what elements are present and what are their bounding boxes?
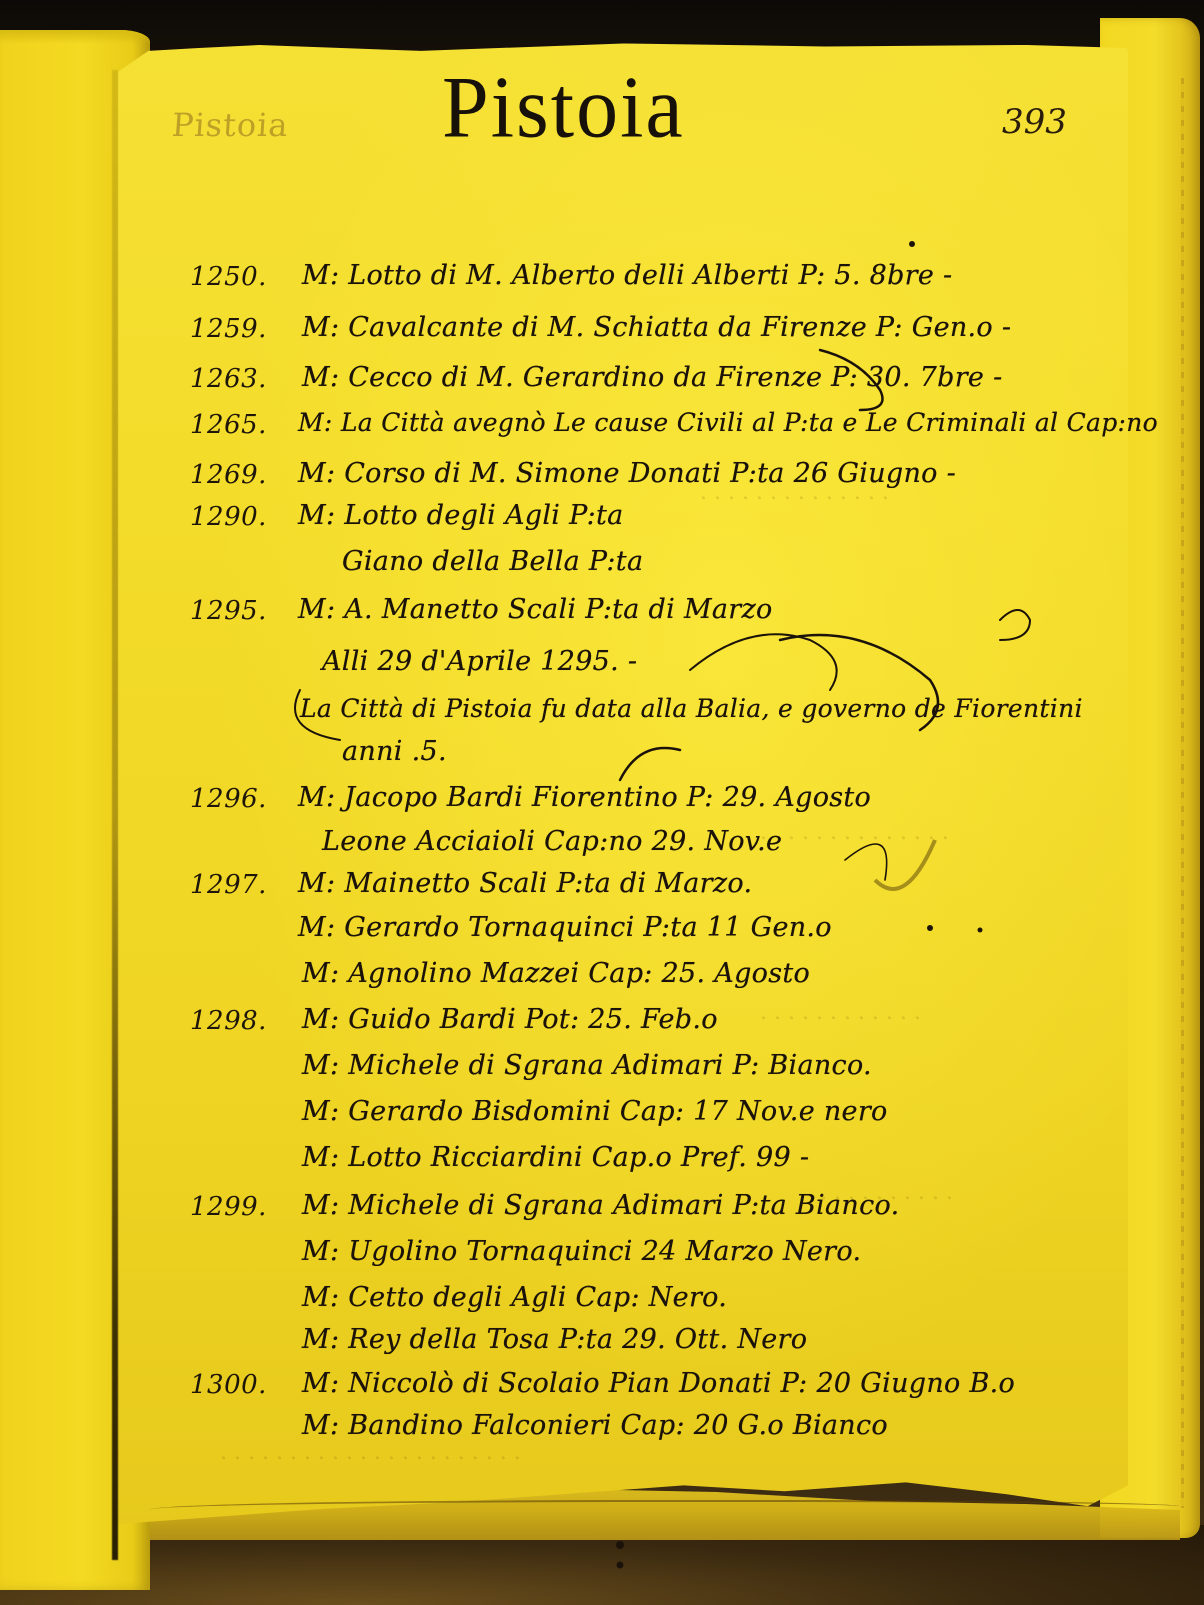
entry-year: 1298. [190,1006,267,1036]
entry-year: 1259. [190,314,267,344]
entry-text: M: Michele di Sgrana Adimari P: Bianco. [302,1050,872,1081]
entry-year: 1265. [190,410,267,440]
entry-text: M: Michele di Sgrana Adimari P:ta Bianco… [302,1190,899,1221]
entry-text: M: La Città avegnò Le cause Civili al P:… [298,408,1158,437]
entry-year: 1269. [190,460,267,490]
entry-text: M: Guido Bardi Pot: 25. Feb.o [302,1004,718,1035]
entry-text: M: Jacopo Bardi Fiorentino P: 29. Agosto [298,782,871,813]
entry-text: M: Cetto degli Agli Cap: Nero. [302,1282,727,1313]
entry-year: 1300. [190,1370,267,1400]
entry-text: Giano della Bella P:ta [342,546,643,577]
entry-text: M: Gerardo Tornaquinci P:ta 11 Gen.o [298,912,832,943]
entry-text: M: Bandino Falconieri Cap: 20 G.o Bianco [302,1410,888,1441]
entry-year: 1250. [190,262,267,292]
entry-text: La Città di Pistoia fu data alla Balia, … [300,694,1083,723]
entry-year: 1297. [190,870,267,900]
entry-text: M: Lotto Ricciardini Cap.o Pref. 99 - [302,1142,809,1173]
entry-text: anni .5. [342,736,447,767]
entry-text: M: Cecco di M. Gerardino da Firenze P: 3… [302,362,1003,393]
register-entries: 1250. M: Lotto di M. Alberto delli Alber… [0,0,1204,1605]
photograph-scene: . . . . . . . . . . . . . . . . . . . . … [0,0,1204,1605]
entry-text: M: Cavalcante di M. Schiatta da Firenze … [302,312,1011,343]
entry-text: M: A. Manetto Scali P:ta di Marzo [298,594,773,625]
entry-text: M: Agnolino Mazzei Cap: 25. Agosto [302,958,810,989]
entry-text: M: Rey della Tosa P:ta 29. Ott. Nero [302,1324,807,1355]
entry-year: 1263. [190,364,267,394]
entry-year: 1296. [190,784,267,814]
entry-text: Alli 29 d'Aprile 1295. - [322,646,637,677]
entry-text: M: Mainetto Scali P:ta di Marzo. [298,868,752,899]
entry-year: 1290. [190,502,267,532]
entry-text: M: Corso di M. Simone Donati P:ta 26 Giu… [298,458,956,489]
entry-text: M: Ugolino Tornaquinci 24 Marzo Nero. [302,1236,861,1267]
entry-text: M: Lotto degli Agli P:ta [298,500,624,531]
entry-year: 1295. [190,596,267,626]
entry-year: 1299. [190,1192,267,1222]
entry-text: M: Gerardo Bisdomini Cap: 17 Nov.e nero [302,1096,888,1127]
entry-text: M: Niccolò di Scolaio Pian Donati P: 20 … [302,1368,1015,1399]
entry-text: Leone Acciaioli Cap:no 29. Nov.e [322,826,782,857]
entry-text: M: Lotto di M. Alberto delli Alberti P: … [302,260,952,291]
